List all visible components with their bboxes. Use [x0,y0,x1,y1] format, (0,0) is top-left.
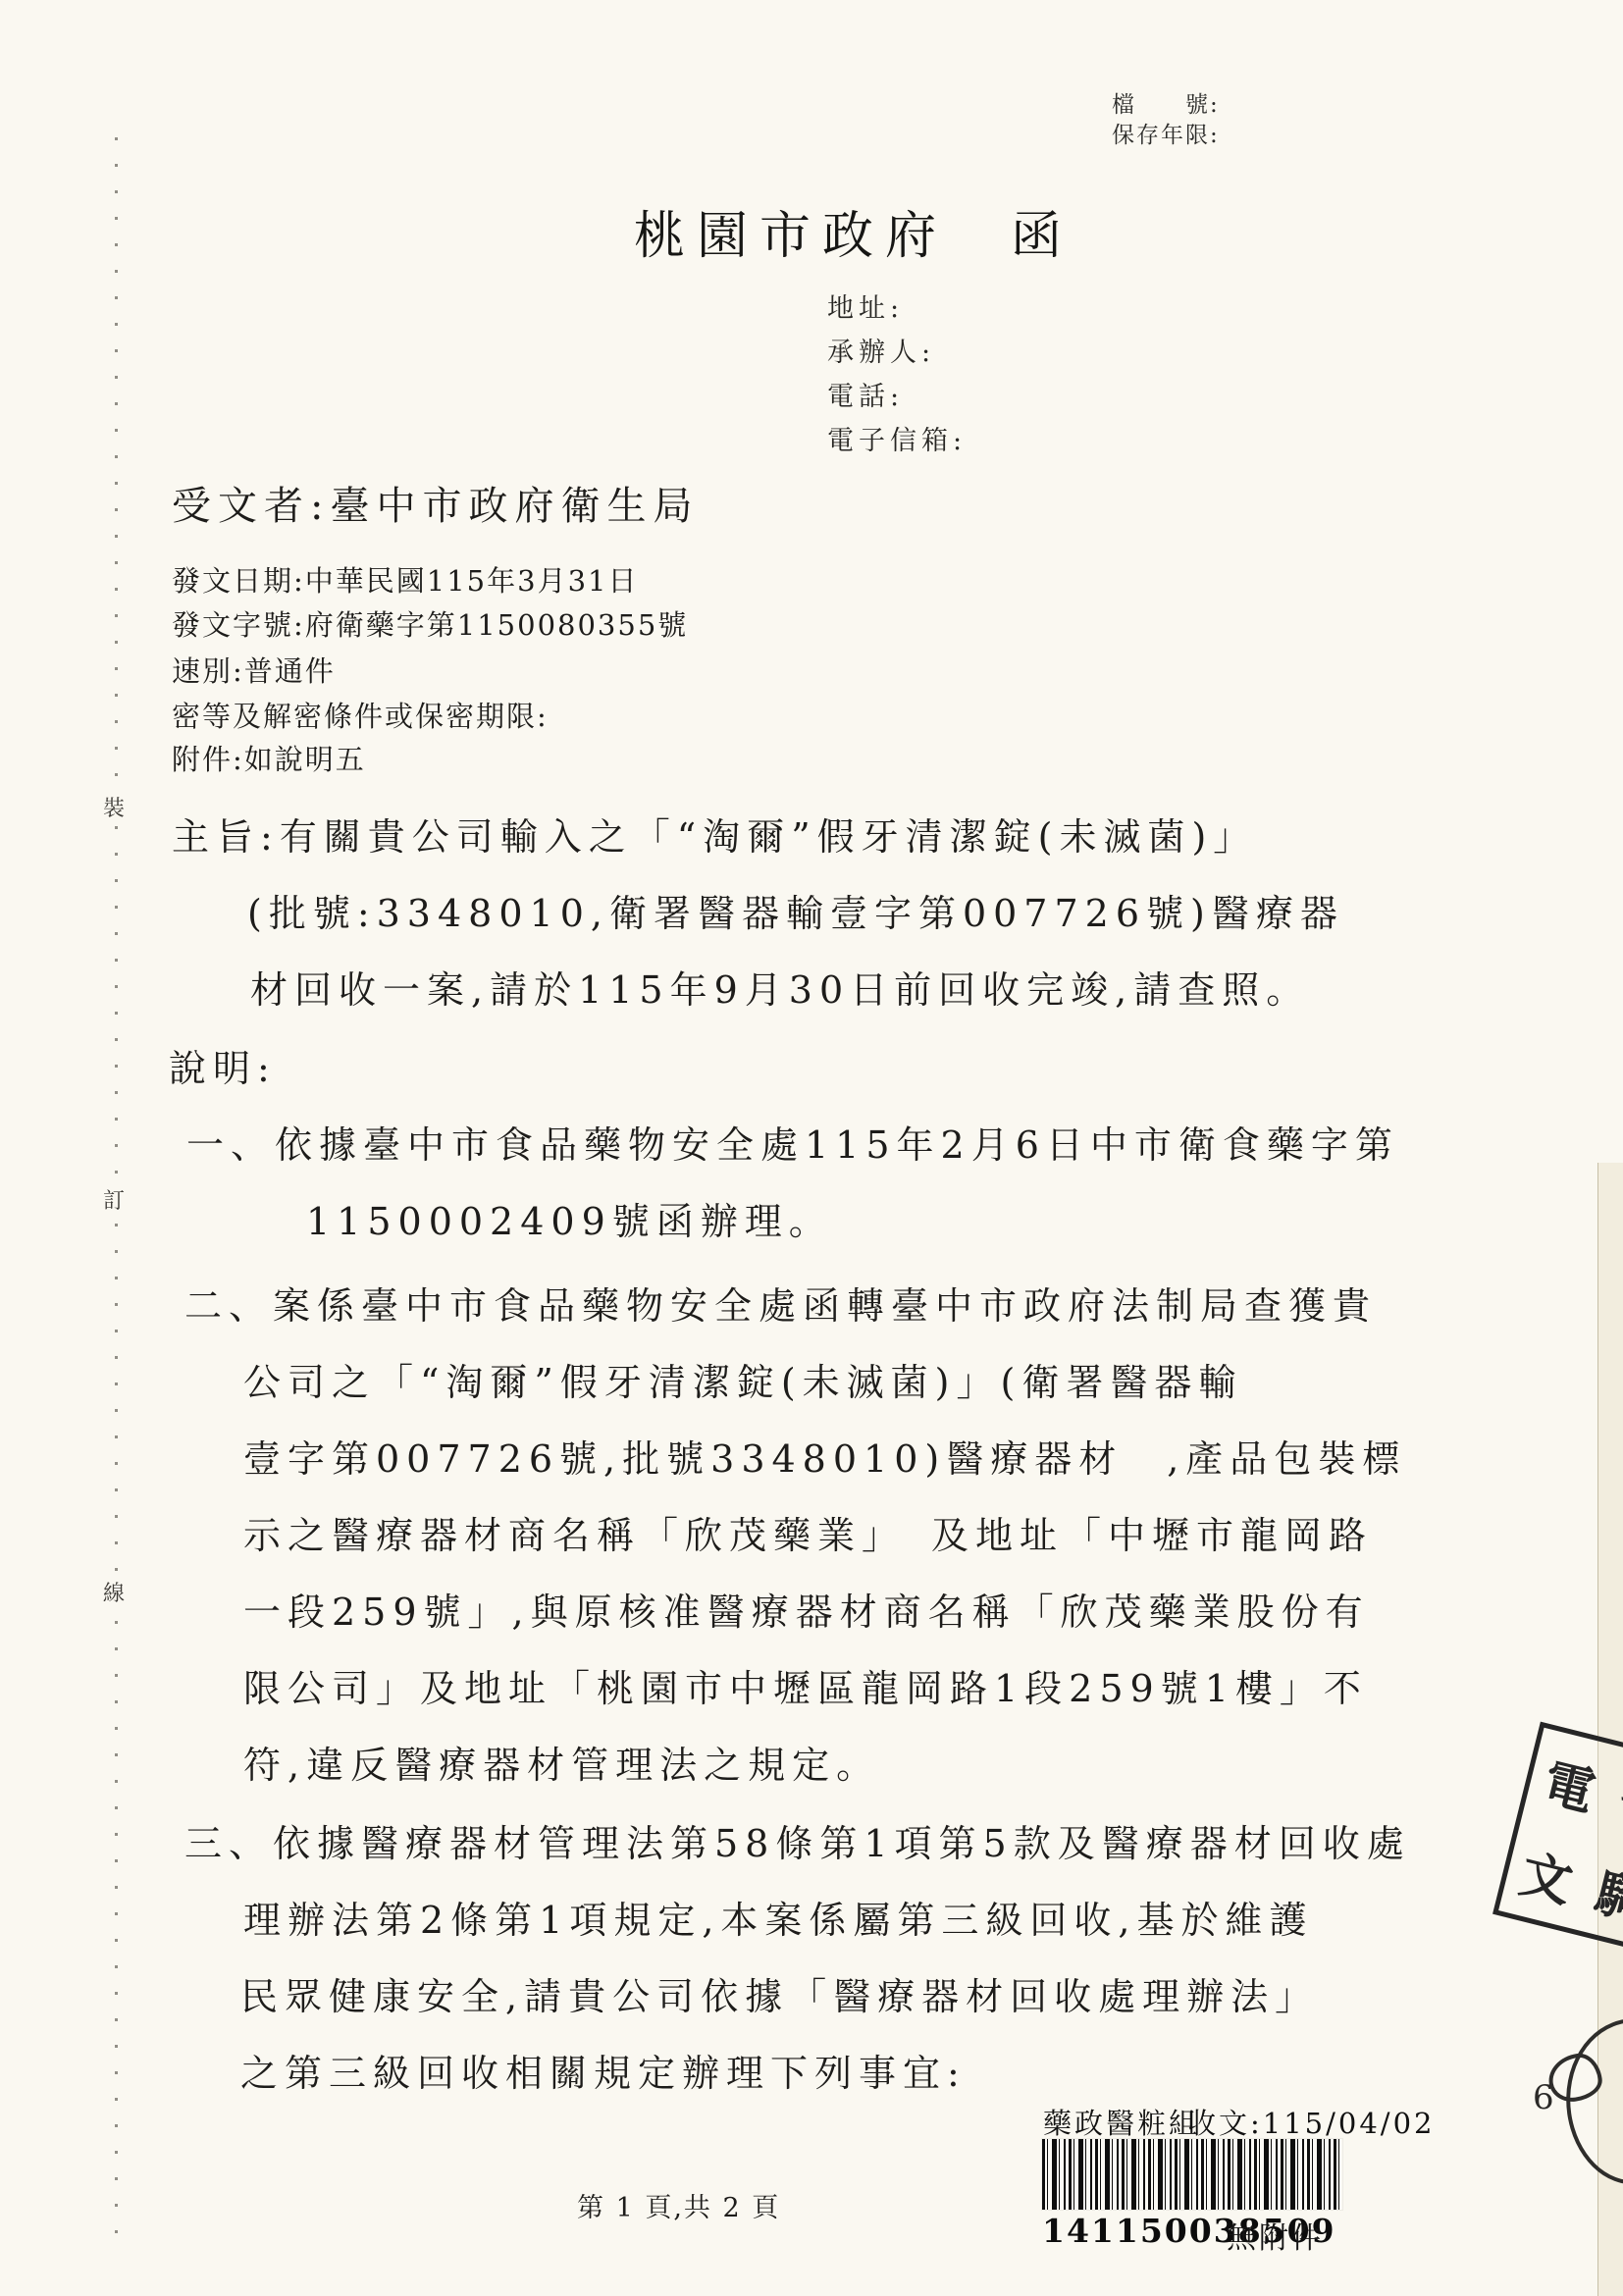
meta-attachment: 附件:如說明五 [172,738,366,778]
binding-mark-zhuang: 裝 [103,788,125,826]
contact-handler-label: 承辦人: [827,331,935,369]
explanation-item2-line: 示之醫療器材商名稱「欣茂藥業」 及地址「中壢市龍岡路 [243,1505,1373,1559]
subject-line: 材回收一案,請於115年9月30日前回收完竣,請查照。 [250,960,1310,1014]
explanation-item3-line: 理辦法第2條第1項規定,本案係屬第三級回收,基於維護 [243,1890,1314,1944]
explanation-item1-line: 1150002409號函辦理。 [306,1191,833,1245]
stamp-char: 電 [1537,1741,1604,1824]
explanation-item3-line: 之第三級回收相關規定辦理下列事宜: [240,2043,967,2097]
stamp-char: 子 [1612,1759,1623,1843]
attachment-note: 無附件 [1227,2214,1324,2257]
recipient-line: 受文者:臺中市政府衛生局 [172,475,699,531]
stamp-char: 文 [1514,1832,1582,1915]
subject-line: 主旨:有關貴公司輸入之「“淘爾”假牙清潔錠(未滅菌)」 [172,807,1257,861]
document-title: 桃園市政府 函 [634,194,1073,268]
meta-ref-no: 發文字號:府衛藥字第1150080355號 [172,603,688,644]
explanation-item2-line: 二、案係臺中市食品藥物安全處函轉臺中市政府法制局查獲貴 [184,1276,1377,1330]
received-date: 收文:115/04/02 [1187,2102,1435,2142]
meta-security: 密等及解密條件或保密期限: [172,695,549,735]
meta-date: 發文日期:中華民國115年3月31日 [172,559,638,600]
corner-seal-stamp [1555,2008,1623,2192]
page-footer: 第 1 頁,共 2 頁 [577,2186,780,2224]
explanation-item2-line: 一段259號」,與原核准醫療器材商名稱「欣茂藥業股份有 [243,1582,1370,1636]
explanation-item3-line: 三、依據醫療器材管理法第58條第1項第5款及醫療器材回收處 [184,1813,1411,1867]
barcode [1042,2139,1342,2210]
archive-file-no-label: 檔 號: [1112,86,1220,119]
contact-email-label: 電子信箱: [827,419,967,457]
contact-address-label: 地址: [827,287,904,325]
meta-speed: 速別:普通件 [172,650,336,690]
scanned-official-letter: { "doc": { "archive": { "file_no": "檔 號:… [0,0,1623,2296]
explanation-item1-line: 一、依據臺中市食品藥物安全處115年2月6日中市衛食藥字第 [186,1115,1399,1169]
subject-line: (批號:3348010,衛署醫器輸壹字第007726號)醫療器 [247,883,1344,937]
explanation-item2-line: 公司之「“淘爾”假牙清潔錠(未滅菌)」(衛署醫器輸 [243,1352,1242,1406]
explanation-item2-line: 符,違反醫療器材管理法之規定。 [243,1735,880,1789]
archive-retention-label: 保存年限: [1112,117,1220,149]
explanation-item3-line: 民眾健康安全,請貴公司依據「醫療器材回收處理辦法」 [240,1966,1319,2020]
explanation-item2-line: 限公司」及地址「桃園市中壢區龍岡路1段259號1樓」不 [243,1658,1368,1712]
contact-phone-label: 電話: [827,375,904,413]
binding-mark-ding: 訂 [103,1180,125,1219]
electronic-exchange-stamp: 電 子 文 騎 [1492,1722,1623,1955]
binding-mark-xian: 線 [103,1573,125,1611]
explanation-heading: 說明: [169,1038,277,1092]
explanation-item2-line: 壹字第007726號,批號3348010)醫療器材 ,產品包裝標 [243,1429,1406,1483]
stamp-char: 騎 [1589,1851,1623,1934]
received-dept: 藥政醫粧組 [1043,2102,1200,2142]
page-number-mark: 6 [1533,2078,1554,2117]
